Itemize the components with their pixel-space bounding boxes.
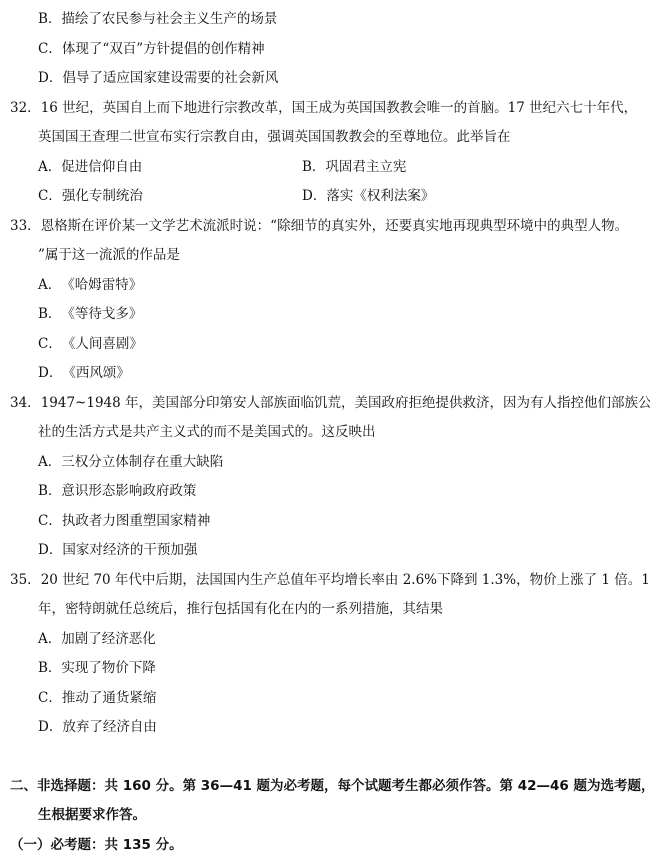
q32-stem: 32．16 世纪，英国自上而下地进行宗教改革，国王成为英国国教教会唯一的首脑。1… bbox=[10, 99, 637, 117]
q33-stem-cont: ”属于这一流派的作品是 bbox=[38, 246, 180, 264]
option-letter: D． bbox=[38, 718, 62, 736]
q32-option-d: D．落实《权利法案》 bbox=[302, 187, 434, 205]
option-text: 促进信仰自由 bbox=[61, 158, 142, 176]
option-text: 加剧了经济恶化 bbox=[61, 630, 156, 648]
q35-option-d: D．放弃了经济自由 bbox=[38, 718, 157, 736]
question-stem-line: 16 世纪，英国自上而下地进行宗教改革，国王成为英国国教教会唯一的首脑。17 世… bbox=[41, 100, 637, 116]
q35-stem: 35．20 世纪 70 年代中后期，法国国内生产总值年平均增长率由 2.6%下降… bbox=[10, 571, 650, 589]
option-letter: A． bbox=[38, 276, 61, 294]
option-letter: D． bbox=[38, 364, 62, 382]
q34-option-b: B．意识形态影响政府政策 bbox=[38, 482, 196, 500]
q32-stem-cont: 英国国王查理二世宣布实行宗教自由，强调英国国教教会的至尊地位。此举旨在 bbox=[38, 128, 511, 146]
q31-option-d: D．倡导了适应国家建设需要的社会新风 bbox=[38, 69, 278, 87]
q32-option-c: C．强化专制统治 bbox=[38, 187, 143, 205]
option-letter: D． bbox=[302, 187, 326, 205]
q35-stem-cont: 年，密特朗就任总统后，推行包括国有化在内的一系列措施，其结果 bbox=[38, 600, 443, 618]
q33-option-a: A．《哈姆雷特》 bbox=[38, 276, 142, 294]
subsection-title: （一）必考题：共 135 分。 bbox=[10, 837, 183, 853]
q34-option-c: C．执政者力图重塑国家精神 bbox=[38, 512, 210, 530]
option-letter: C． bbox=[38, 40, 62, 58]
q34-option-d: D．国家对经济的干预加强 bbox=[38, 541, 197, 559]
option-letter: D． bbox=[38, 69, 62, 87]
option-letter: B． bbox=[38, 659, 61, 677]
q32-option-b: B．巩固君主立宪 bbox=[302, 158, 406, 176]
q33-option-b: B．《等待戈多》 bbox=[38, 305, 142, 323]
option-letter: C． bbox=[38, 335, 62, 353]
option-text: 描绘了农民参与社会主义生产的场景 bbox=[61, 10, 277, 28]
section-title-line: 生根据要求作答。 bbox=[38, 807, 146, 823]
q35-option-b: B．实现了物价下降 bbox=[38, 659, 156, 677]
option-text: 《西风颂》 bbox=[62, 364, 130, 382]
option-letter: B． bbox=[38, 305, 61, 323]
q33-stem: 33．恩格斯在评价某一文学艺术流派时说：“除细节的真实外，还要真实地再现典型环境… bbox=[10, 217, 628, 235]
option-letter: A． bbox=[38, 453, 61, 471]
option-text: 强化专制统治 bbox=[62, 187, 143, 205]
option-letter: B． bbox=[38, 10, 61, 28]
option-text: 实现了物价下降 bbox=[61, 659, 156, 677]
question-stem-line: 年，密特朗就任总统后，推行包括国有化在内的一系列措施，其结果 bbox=[38, 601, 443, 617]
q35-option-c: C．推动了通货紧缩 bbox=[38, 689, 156, 707]
option-text: 推动了通货紧缩 bbox=[62, 689, 157, 707]
option-letter: D． bbox=[38, 541, 62, 559]
option-text: 《人间喜剧》 bbox=[62, 335, 143, 353]
section-2-title-cont: 生根据要求作答。 bbox=[38, 806, 146, 824]
question-stem-line: 社的生活方式是共产主义式的而不是美国式的。这反映出 bbox=[38, 424, 376, 440]
q31-option-c: C．体现了“双百”方针提倡的创作精神 bbox=[38, 40, 265, 58]
option-letter: C． bbox=[38, 689, 62, 707]
q32-option-a: A．促进信仰自由 bbox=[38, 158, 142, 176]
option-letter: B． bbox=[38, 482, 61, 500]
option-letter: A． bbox=[38, 158, 61, 176]
option-letter: B． bbox=[302, 158, 325, 176]
q33-option-c: C．《人间喜剧》 bbox=[38, 335, 143, 353]
option-text: 落实《权利法案》 bbox=[326, 187, 434, 205]
option-text: 巩固君主立宪 bbox=[325, 158, 406, 176]
section-title-line: 二、非选择题：共 160 分。第 36—41 题为必考题，每个试题考生都必须作答… bbox=[10, 778, 650, 794]
question-number: 35． bbox=[10, 571, 41, 589]
option-letter: A． bbox=[38, 630, 61, 648]
option-text: 意识形态影响政府政策 bbox=[61, 482, 196, 500]
option-text: 倡导了适应国家建设需要的社会新风 bbox=[62, 69, 278, 87]
option-text: 放弃了经济自由 bbox=[62, 718, 157, 736]
option-text: 执政者力图重塑国家精神 bbox=[62, 512, 211, 530]
q34-stem: 34．1947~1948 年，美国部分印第安人部族面临饥荒，美国政府拒绝提供救济… bbox=[10, 394, 650, 412]
question-number: 33． bbox=[10, 217, 41, 235]
question-stem-line: 1947~1948 年，美国部分印第安人部族面临饥荒，美国政府拒绝提供救济，因为… bbox=[41, 395, 650, 411]
q34-option-a: A．三权分立体制存在重大缺陷 bbox=[38, 453, 223, 471]
question-stem-line: ”属于这一流派的作品是 bbox=[38, 247, 180, 263]
q31-option-b: B．描绘了农民参与社会主义生产的场景 bbox=[38, 10, 277, 28]
option-text: 《哈姆雷特》 bbox=[61, 276, 142, 294]
question-stem-line: 英国国王查理二世宣布实行宗教自由，强调英国国教教会的至尊地位。此举旨在 bbox=[38, 129, 511, 145]
section-2-title: 二、非选择题：共 160 分。第 36—41 题为必考题，每个试题考生都必须作答… bbox=[10, 777, 650, 795]
option-text: 体现了“双百”方针提倡的创作精神 bbox=[62, 40, 265, 58]
q34-stem-cont: 社的生活方式是共产主义式的而不是美国式的。这反映出 bbox=[38, 423, 376, 441]
option-text: 三权分立体制存在重大缺陷 bbox=[61, 453, 223, 471]
question-stem-line: 恩格斯在评价某一文学艺术流派时说：“除细节的真实外，还要真实地再现典型环境中的典… bbox=[41, 218, 628, 234]
q33-option-d: D．《西风颂》 bbox=[38, 364, 130, 382]
option-letter: C． bbox=[38, 512, 62, 530]
question-number: 32． bbox=[10, 99, 41, 117]
option-text: 国家对经济的干预加强 bbox=[62, 541, 197, 559]
q35-option-a: A．加剧了经济恶化 bbox=[38, 630, 156, 648]
option-letter: C． bbox=[38, 187, 62, 205]
option-text: 《等待戈多》 bbox=[61, 305, 142, 323]
question-number: 34． bbox=[10, 394, 41, 412]
question-stem-line: 20 世纪 70 年代中后期，法国国内生产总值年平均增长率由 2.6%下降到 1… bbox=[41, 572, 650, 588]
subsection-required-title: （一）必考题：共 135 分。 bbox=[10, 836, 183, 854]
